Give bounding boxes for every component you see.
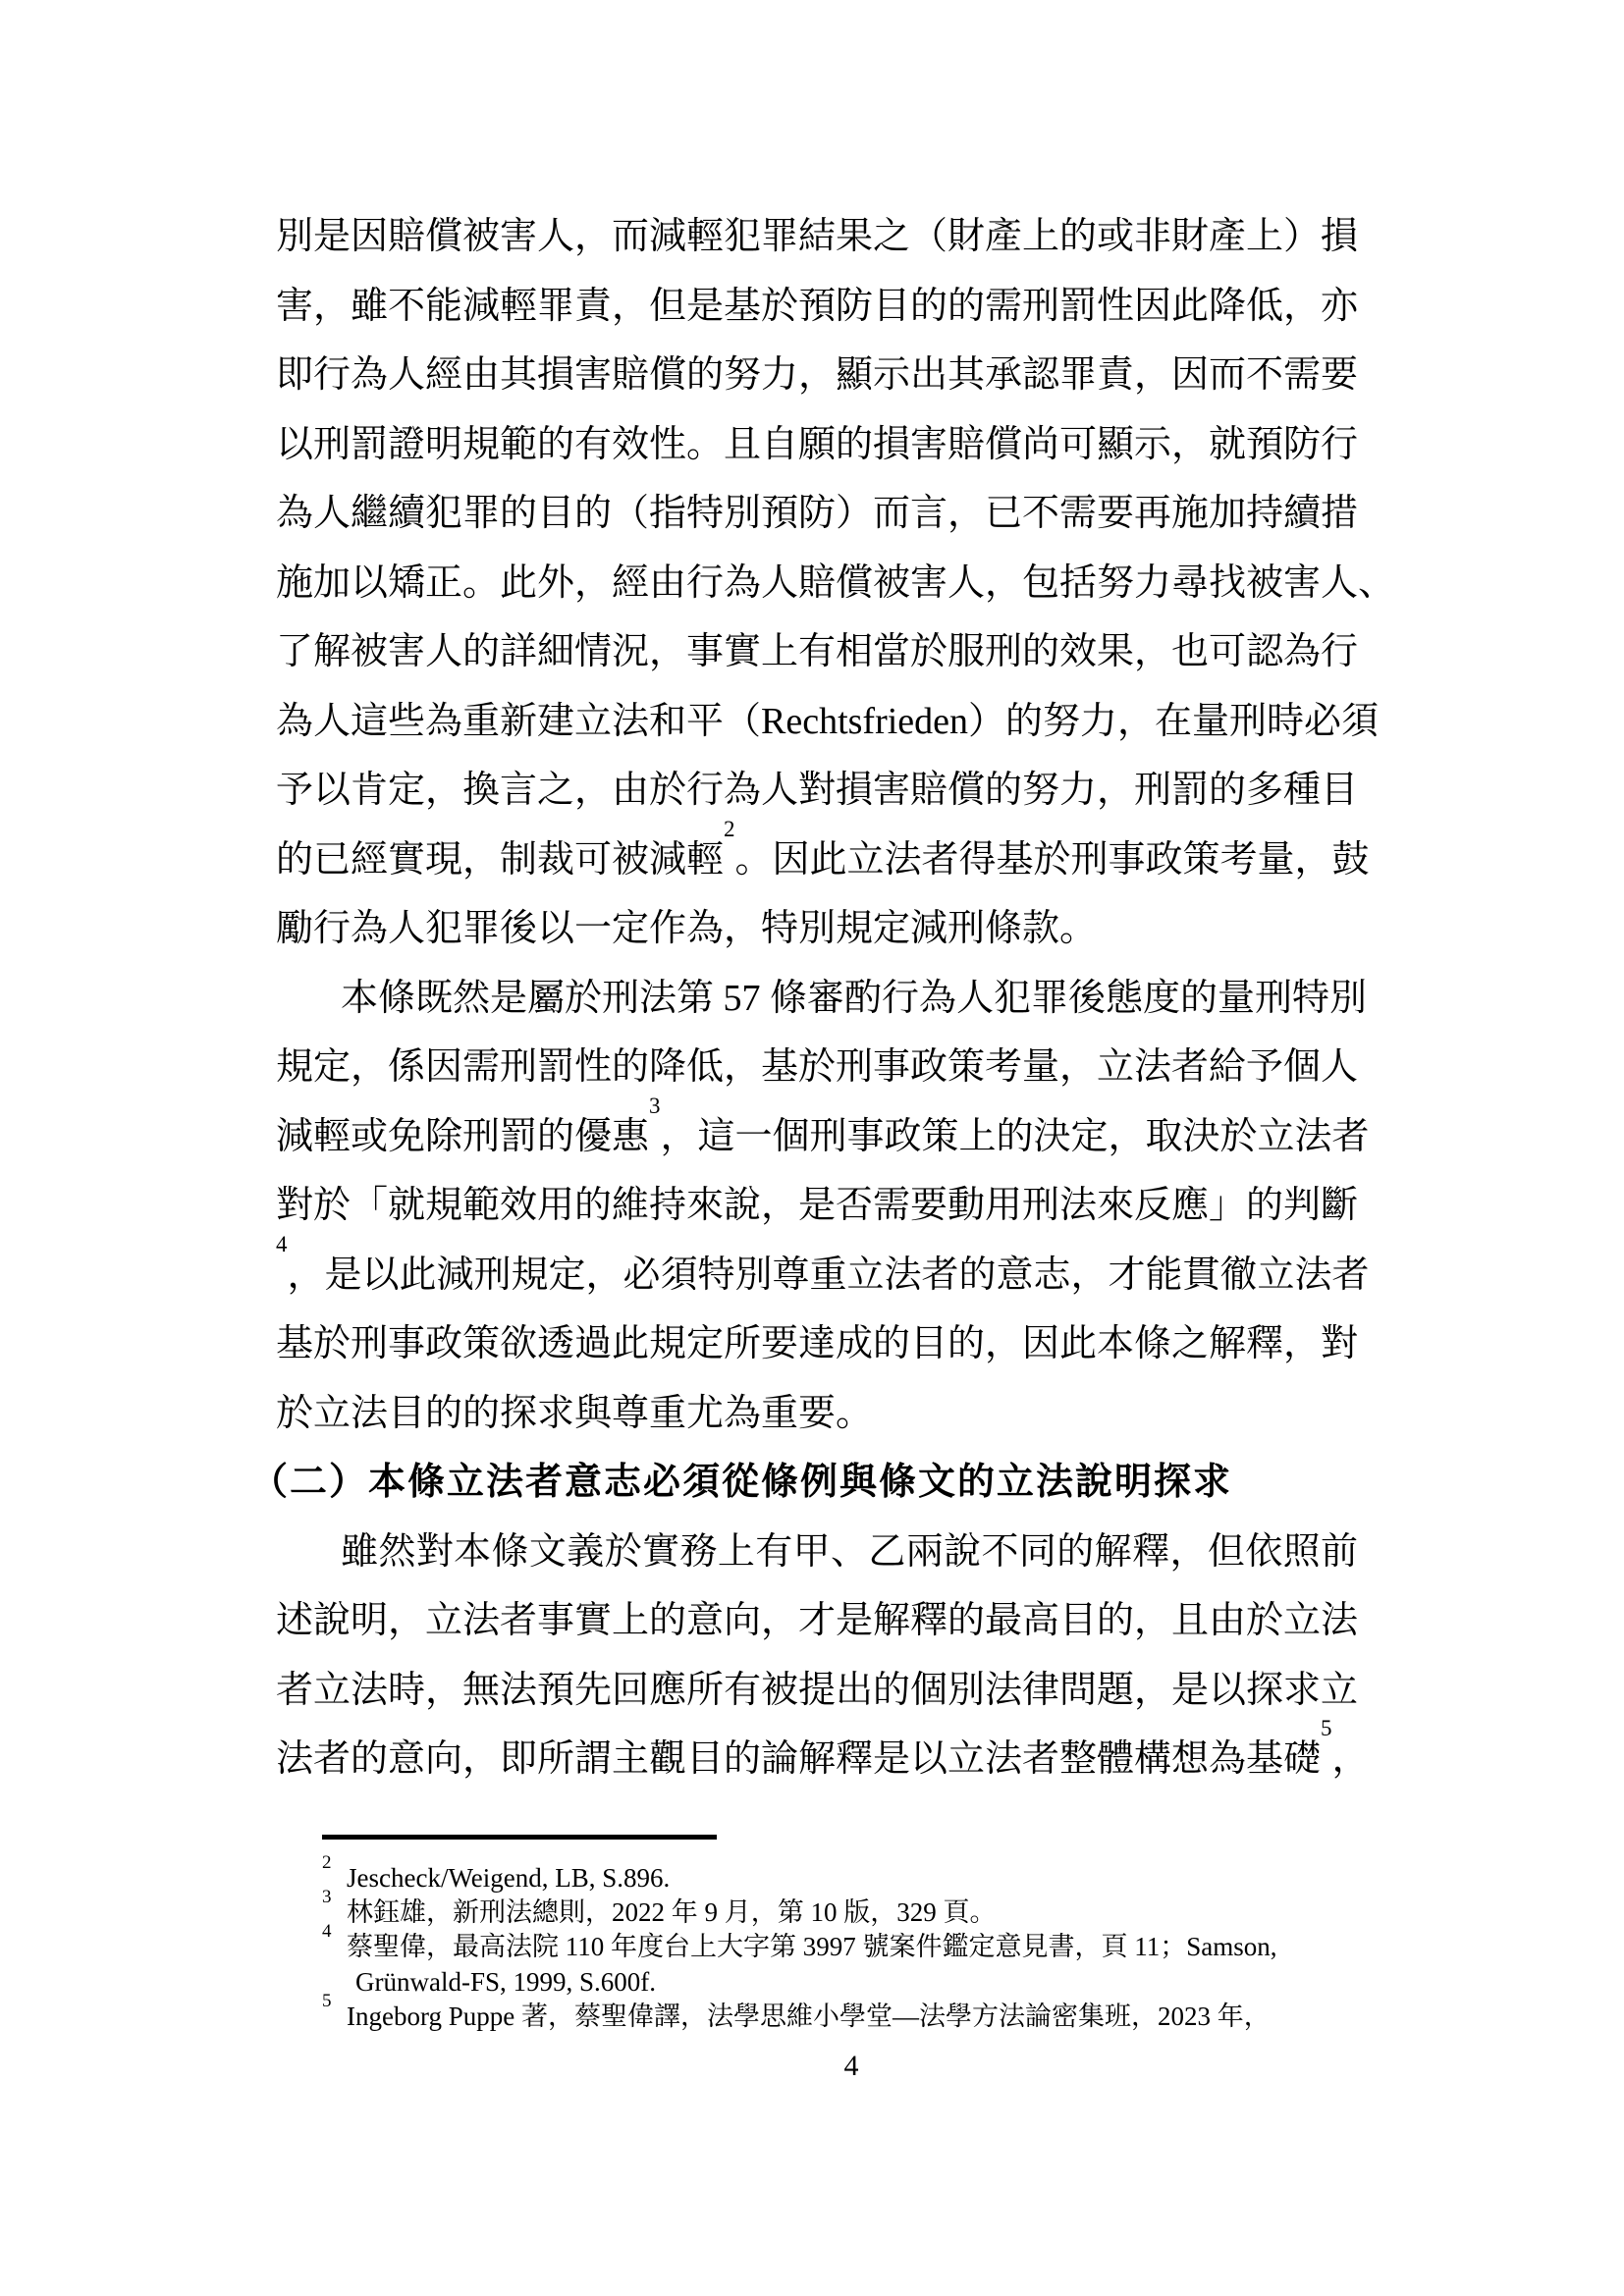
footnote-item-continuation: Grünwald-FS, 1999, S.600f.: [322, 1965, 1417, 2000]
body-line: 於立法目的的探求與尊重尤為重要。: [276, 1379, 1358, 1449]
body-line: 別是因賠償被害人，而減輕犯罪結果之（財產上的或非財產上）損: [276, 202, 1358, 272]
body-line: 法者的意向，即所謂主觀目的論解釋是以立法者整體構想為基礎5，: [276, 1725, 1358, 1794]
body-line: 雖然對本條文義於實務上有甲、乙兩說不同的解釋，但依照前: [276, 1518, 1358, 1587]
footnote-text: Grünwald-FS, 1999, S.600f.: [355, 1967, 656, 1997]
footnote-item: 2Jescheck/Weigend, LB, S.896.: [322, 1861, 1417, 1896]
footnote-text: 蔡聖偉，最高法院 110 年度台上大字第 3997 號案件鑑定意見書，頁 11；…: [347, 1932, 1277, 1961]
footnote-text: 林鈺雄，新刑法總則，2022 年 9 月，第 10 版，329 頁。: [347, 1897, 997, 1927]
footnotes: 2Jescheck/Weigend, LB, S.896. 3林鈺雄，新刑法總則…: [322, 1861, 1417, 2034]
body-line: 的已經實現，制裁可被減輕2。因此立法者得基於刑事政策考量，鼓: [276, 826, 1358, 895]
body-line: 為人這些為重新建立法和平（Rechtsfrieden）的努力，在量刑時必須: [276, 687, 1358, 757]
footnote-separator: [322, 1835, 717, 1840]
document-page: 別是因賠償被害人，而減輕犯罪結果之（財產上的或非財產上）損 害，雖不能減輕罪責，…: [0, 0, 1624, 2296]
body-line: 基於刑事政策欲透過此規定所要達成的目的，因此本條之解釋，對: [276, 1309, 1358, 1379]
footnote-ref-4: 4: [276, 1232, 288, 1256]
body-line: 予以肯定，換言之，由於行為人對損害賠償的努力，刑罰的多種目: [276, 756, 1358, 826]
body-line: 勵行為人犯罪後以一定作為，特別規定減刑條款。: [276, 894, 1358, 964]
body-line: 施加以矯正。此外，經由行為人賠償被害人，包括努力尋找被害人、: [276, 549, 1358, 618]
body-line: 了解被害人的詳細情況，事實上有相當於服刑的效果，也可認為行: [276, 617, 1358, 687]
footnote-item: 5Ingeborg Puppe 著，蔡聖偉譯，法學思維小學堂—法學方法論密集班，…: [322, 2000, 1417, 2034]
body-line-text: 法者的意向，即所謂主觀目的論解釋是以立法者整體構想為基礎: [276, 1738, 1321, 1780]
body-text: 別是因賠償被害人，而減輕犯罪結果之（財產上的或非財產上）損 害，雖不能減輕罪責，…: [276, 202, 1358, 1794]
footnote-item: 4蔡聖偉，最高法院 110 年度台上大字第 3997 號案件鑑定意見書，頁 11…: [322, 1930, 1417, 1964]
body-line: 減輕或免除刑罰的優惠3，這一個刑事政策上的決定，取決於立法者: [276, 1102, 1358, 1172]
body-line-text: ，是以此減刑規定，必須特別尊重立法者的意志，才能貫徹立法者: [288, 1255, 1370, 1296]
body-line: 本條既然是屬於刑法第 57 條審酌行為人犯罪後態度的量刑特別: [276, 964, 1358, 1034]
body-line: 規定，係因需刑罰性的降低，基於刑事政策考量，立法者給予個人: [276, 1033, 1358, 1102]
body-line-text: 。因此立法者得基於刑事政策考量，鼓: [735, 839, 1370, 881]
body-line-text: ，這一個刑事政策上的決定，取決於立法者: [661, 1116, 1370, 1157]
footnote-ref-2: 2: [724, 817, 735, 841]
footnote-item: 3林鈺雄，新刑法總則，2022 年 9 月，第 10 版，329 頁。: [322, 1896, 1417, 1930]
body-line-text: 減輕或免除刑罰的優惠: [276, 1116, 649, 1157]
body-line: 者立法時，無法預先回應所有被提出的個別法律問題，是以探求立: [276, 1656, 1358, 1726]
section-heading: （二）本條立法者意志必須從條例與條文的立法說明探求: [250, 1448, 1358, 1518]
body-line: 以刑罰證明規範的有效性。且自願的損害賠償尚可顯示，就預防行: [276, 410, 1358, 480]
footnote-text: Jescheck/Weigend, LB, S.896.: [347, 1863, 670, 1893]
body-line: 述說明，立法者事實上的意向，才是解釋的最高目的，且由於立法: [276, 1586, 1358, 1656]
footnote-text: Ingeborg Puppe 著，蔡聖偉譯，法學思維小學堂—法學方法論密集班，2…: [347, 2002, 1271, 2031]
body-line: 即行為人經由其損害賠償的努力，顯示出其承認罪責，因而不需要: [276, 341, 1358, 410]
body-line-text: ，: [1332, 1738, 1370, 1780]
body-line: 4，是以此減刑規定，必須特別尊重立法者的意志，才能貫徹立法者: [276, 1241, 1358, 1310]
footnote-ref-3: 3: [649, 1094, 661, 1118]
footnote-ref-5: 5: [1321, 1716, 1332, 1740]
body-line-text: 的已經實現，制裁可被減輕: [276, 839, 724, 881]
page-number: 4: [827, 2050, 876, 2083]
body-line: 為人繼續犯罪的目的（指特別預防）而言，已不需要再施加持續措: [276, 479, 1358, 549]
body-line: 害，雖不能減輕罪責，但是基於預防目的的需刑罰性因此降低，亦: [276, 272, 1358, 342]
body-line: 對於「就規範效用的維持來說，是否需要動用刑法來反應」的判斷: [276, 1171, 1358, 1241]
